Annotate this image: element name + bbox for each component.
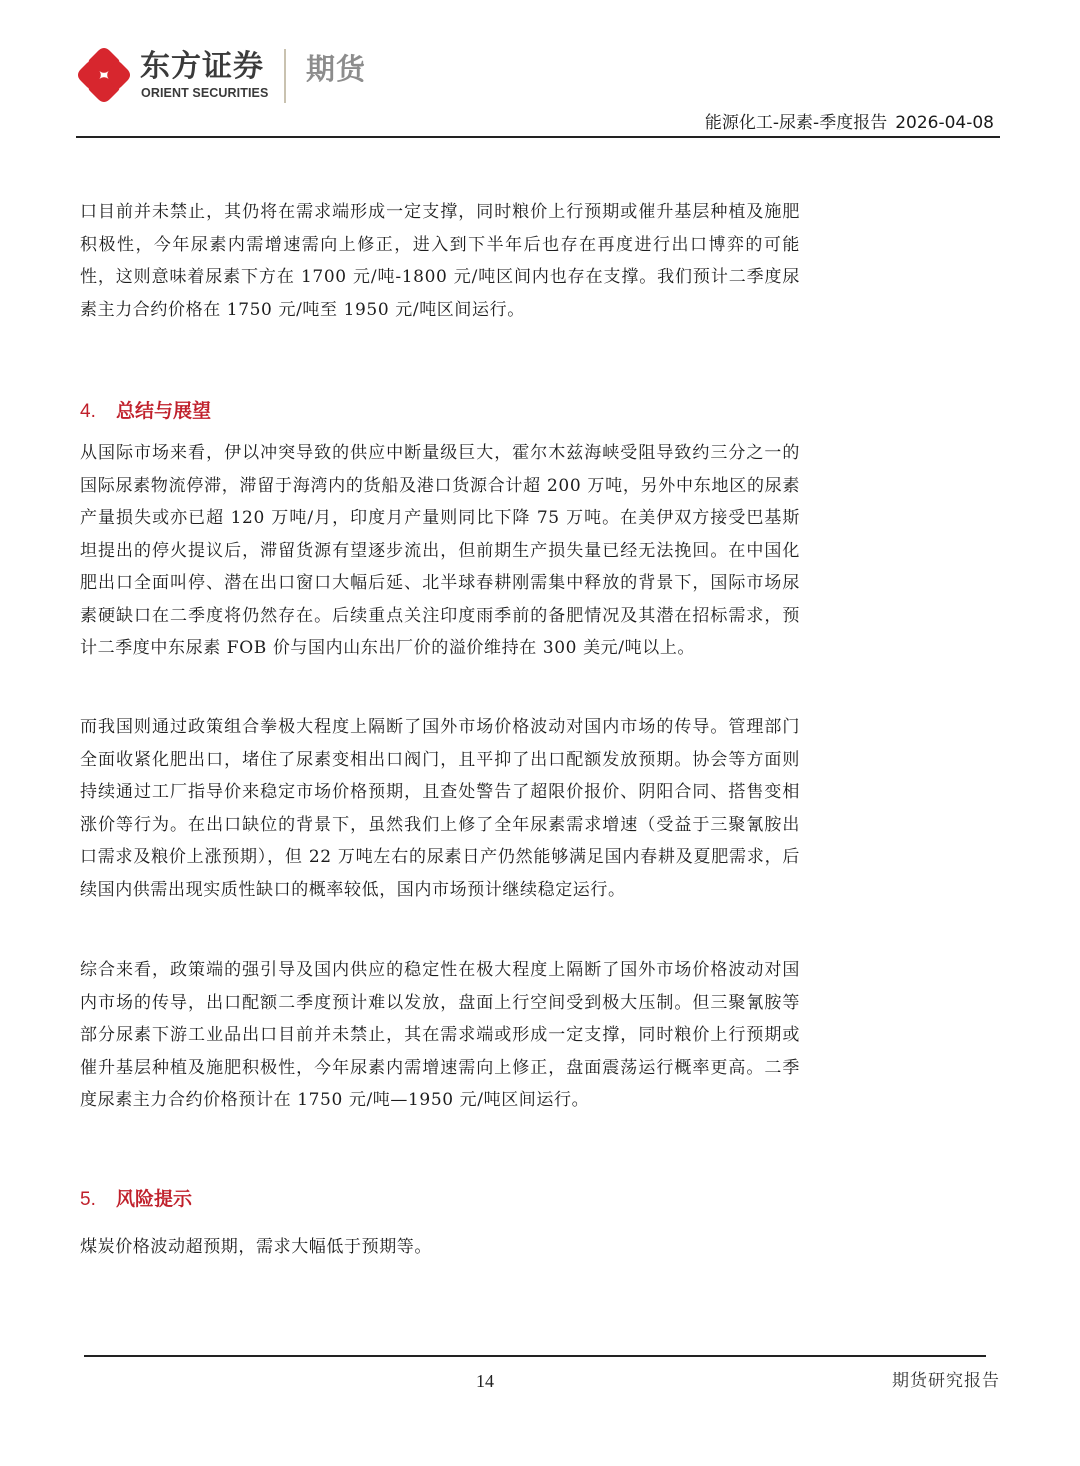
section-number: 5. [80,1187,116,1213]
report-category: 能源化工-尿素-季度报告 [705,113,887,133]
body-paragraph: 口目前并未禁止，其仍将在需求端形成一定支撑，同时粮价上行预期或催升基层种植及施肥… [80,196,800,326]
header-rule [76,136,1000,138]
continuation-paragraph-block: 口目前并未禁止，其仍将在需求端形成一定支撑，同时粮价上行预期或催升基层种植及施肥… [80,196,800,326]
section-heading-summary: 4.总结与展望 [80,398,211,425]
body-paragraph: 综合来看，政策端的强引导及国内供应的稳定性在极大程度上隔断了国外市场价格波动对国… [80,954,800,1117]
brand-divider [284,49,286,103]
report-date: 2026-04-08 [895,113,994,133]
brand-name-cn: 东方证券 [140,50,264,84]
section-title: 风险提示 [116,1188,192,1210]
section-heading-risk: 5.风险提示 [80,1186,192,1213]
section-summary-p1: 从国际市场来看，伊以冲突导致的供应中断量级巨大，霍尔木兹海峡受阻导致约三分之一的… [80,437,800,665]
footer-rule [84,1355,986,1357]
section-summary-p3: 综合来看，政策端的强引导及国内供应的稳定性在极大程度上隔断了国外市场价格波动对国… [80,954,800,1117]
section-risk-p1: 煤炭价格波动超预期，需求大幅低于预期等。 [80,1231,800,1264]
body-paragraph: 煤炭价格波动超预期，需求大幅低于预期等。 [80,1231,800,1264]
section-title: 总结与展望 [116,400,211,422]
orient-securities-logo-icon [76,46,132,104]
footer-label: 期货研究报告 [892,1370,1000,1392]
page-number: 14 [476,1370,494,1392]
brand-subdivision: 期货 [306,52,366,86]
body-paragraph: 而我国则通过政策组合拳极大程度上隔断了国外市场价格波动对国内市场的传导。管理部门… [80,711,800,906]
section-summary-p2: 而我国则通过政策组合拳极大程度上隔断了国外市场价格波动对国内市场的传导。管理部门… [80,711,800,906]
brand-name-en: ORIENT SECURITIES [141,86,268,100]
report-header-title: 能源化工-尿素-季度报告2026-04-08 [705,112,994,134]
section-number: 4. [80,399,116,425]
body-paragraph: 从国际市场来看，伊以冲突导致的供应中断量级巨大，霍尔木兹海峡受阻导致约三分之一的… [80,437,800,665]
